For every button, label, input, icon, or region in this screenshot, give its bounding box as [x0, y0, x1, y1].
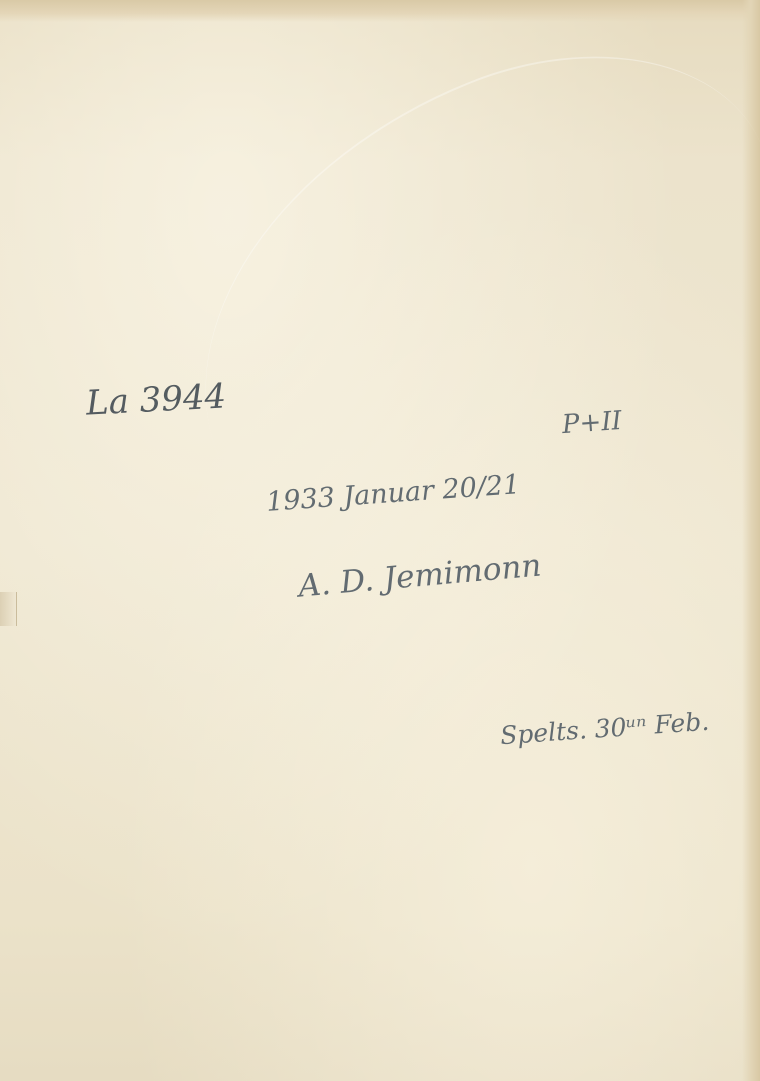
part-mark-text: P+II: [561, 406, 623, 440]
shelfmark-text: La 3944: [85, 376, 227, 423]
paper-sheet: [0, 0, 760, 1081]
right-paper-edge: [742, 0, 760, 1081]
top-edge-crease: [0, 0, 760, 22]
left-margin-tab: [0, 592, 17, 626]
